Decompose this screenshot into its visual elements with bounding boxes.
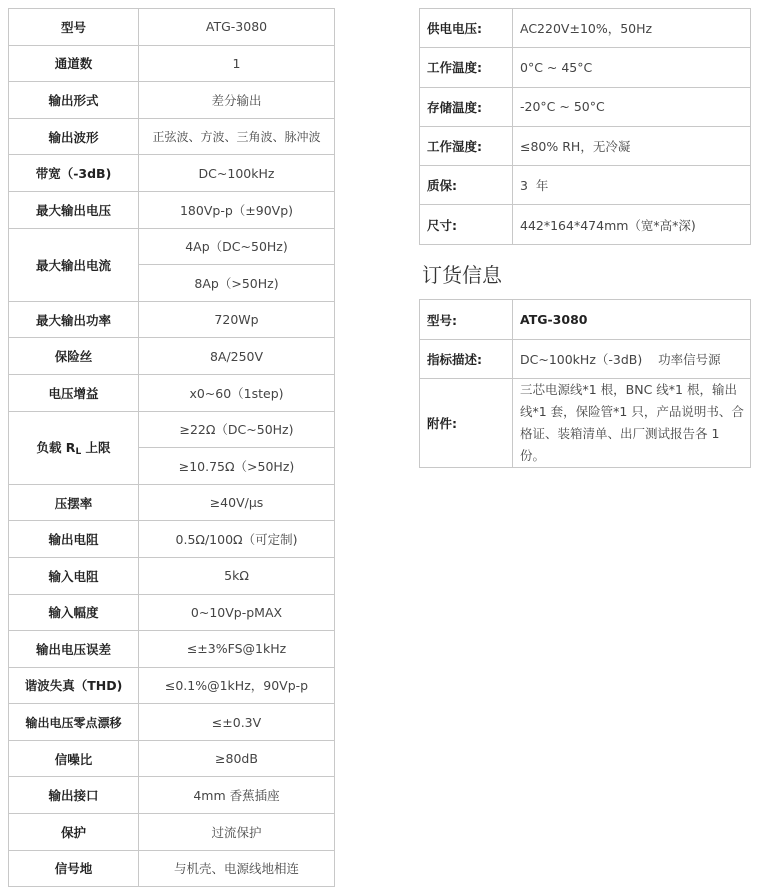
- spec-label: 最大输出电压: [9, 191, 139, 228]
- env-value: 3 年: [513, 166, 751, 205]
- spec-row-thd: 谐波失真（THD)≤0.1%@1kHz，90Vp-p: [9, 667, 335, 704]
- spec-value: ≤±0.3V: [139, 704, 335, 741]
- spec-row-zero-drift: 输出电压零点漂移≤±0.3V: [9, 704, 335, 741]
- spec-value: ≥40V/μs: [139, 484, 335, 521]
- spec-value: ≤±3%FS@1kHz: [139, 631, 335, 668]
- spec-value: 0.5Ω/100Ω（可定制): [139, 521, 335, 558]
- spec-label: 保护: [9, 814, 139, 851]
- spec-label: 型号: [9, 9, 139, 46]
- order-value: 三芯电源线*1 根，BNC 线*1 根，输出线*1 套，保险管*1 只，产品说明…: [513, 379, 751, 468]
- order-value: DC~100kHz（-3dB) 功率信号源: [513, 340, 751, 379]
- spec-label: 谐波失真（THD): [9, 667, 139, 704]
- env-row-storage-temp: 存储温度:-20°C ~ 50°C: [420, 87, 751, 126]
- order-label: 附件:: [420, 379, 513, 468]
- env-label: 工作湿度:: [420, 126, 513, 165]
- spec-value: 180Vp-p（±90Vp): [139, 191, 335, 228]
- spec-label: 最大输出电流: [9, 228, 139, 301]
- order-row-description: 指标描述:DC~100kHz（-3dB) 功率信号源: [420, 340, 751, 379]
- spec-row-output-type: 输出形式差分输出: [9, 82, 335, 119]
- env-row-operating-temp: 工作温度:0°C ~ 45°C: [420, 48, 751, 87]
- spec-row-slew-rate: 压摆率≥40V/μs: [9, 484, 335, 521]
- spec-value: DC~100kHz: [139, 155, 335, 192]
- spec-label: 输出电压零点漂移: [9, 704, 139, 741]
- spec-row-gain: 电压增益x0~60（1step): [9, 374, 335, 411]
- spec-value: 8Ap（>50Hz): [139, 265, 335, 302]
- spec-row-fuse: 保险丝8A/250V: [9, 338, 335, 375]
- spec-label: 保险丝: [9, 338, 139, 375]
- spec-row-max-voltage: 最大输出电压180Vp-p（±90Vp): [9, 191, 335, 228]
- spec-value: 4Ap（DC~50Hz): [139, 228, 335, 265]
- spec-row-signal-ground: 信号地与机壳、电源线地相连: [9, 850, 335, 887]
- spec-label: 信号地: [9, 850, 139, 887]
- spec-value: 4mm 香蕉插座: [139, 777, 335, 814]
- spec-row-output-connector: 输出接口4mm 香蕉插座: [9, 777, 335, 814]
- env-row-warranty: 质保:3 年: [420, 166, 751, 205]
- spec-label: 输出形式: [9, 82, 139, 119]
- spec-label: 通道数: [9, 45, 139, 82]
- env-value: 442*164*474mm（宽*高*深): [513, 205, 751, 244]
- spec-value: 0~10Vp-pMAX: [139, 594, 335, 631]
- env-row-humidity: 工作湿度:≤80% RH，无冷凝: [420, 126, 751, 165]
- spec-row-max-current: 最大输出电流4Ap（DC~50Hz): [9, 228, 335, 265]
- spec-row-output-resistance: 输出电阻0.5Ω/100Ω（可定制): [9, 521, 335, 558]
- spec-value: 1: [139, 45, 335, 82]
- spec-table: 型号ATG-3080 通道数1 输出形式差分输出 输出波形正弦波、方波、三角波、…: [8, 8, 335, 887]
- order-info-heading: 订货信息: [422, 259, 502, 288]
- spec-row-input-amplitude: 输入幅度0~10Vp-pMAX: [9, 594, 335, 631]
- spec-row-protection: 保护过流保护: [9, 814, 335, 851]
- spec-value: 差分输出: [139, 82, 335, 119]
- env-label: 存储温度:: [420, 87, 513, 126]
- spec-label: 最大输出功率: [9, 301, 139, 338]
- env-value: ≤80% RH，无冷凝: [513, 126, 751, 165]
- spec-row-max-power: 最大输出功率720Wp: [9, 301, 335, 338]
- env-row-power-supply: 供电电压:AC220V±10%，50Hz: [420, 9, 751, 48]
- env-label: 质保:: [420, 166, 513, 205]
- spec-row-load: 负载 RL 上限 ≥22Ω（DC~50Hz): [9, 411, 335, 448]
- spec-label: 输出电压误差: [9, 631, 139, 668]
- spec-label: 负载 RL 上限: [9, 411, 139, 484]
- spec-label: 输出电阻: [9, 521, 139, 558]
- spec-value: 8A/250V: [139, 338, 335, 375]
- spec-value: ≥80dB: [139, 740, 335, 777]
- spec-row-channels: 通道数1: [9, 45, 335, 82]
- env-value: -20°C ~ 50°C: [513, 87, 751, 126]
- env-label: 工作温度:: [420, 48, 513, 87]
- spec-row-voltage-error: 输出电压误差≤±3%FS@1kHz: [9, 631, 335, 668]
- environment-table: 供电电压:AC220V±10%，50Hz 工作温度:0°C ~ 45°C 存储温…: [419, 8, 751, 245]
- order-info-table: 型号:ATG-3080 指标描述:DC~100kHz（-3dB) 功率信号源 附…: [419, 299, 751, 468]
- spec-value: 过流保护: [139, 814, 335, 851]
- order-row-model: 型号:ATG-3080: [420, 300, 751, 340]
- env-label: 尺寸:: [420, 205, 513, 244]
- order-value: ATG-3080: [513, 300, 751, 340]
- spec-row-model: 型号ATG-3080: [9, 9, 335, 46]
- env-label: 供电电压:: [420, 9, 513, 48]
- spec-row-input-resistance: 输入电阻5kΩ: [9, 557, 335, 594]
- spec-row-waveform: 输出波形正弦波、方波、三角波、脉冲波: [9, 118, 335, 155]
- spec-label: 输入幅度: [9, 594, 139, 631]
- spec-label: 压摆率: [9, 484, 139, 521]
- label-text: 上限: [81, 440, 110, 455]
- spec-value: 正弦波、方波、三角波、脉冲波: [139, 118, 335, 155]
- spec-value: 与机壳、电源线地相连: [139, 850, 335, 887]
- spec-label: 输入电阻: [9, 557, 139, 594]
- spec-label: 电压增益: [9, 374, 139, 411]
- order-label: 型号:: [420, 300, 513, 340]
- order-row-accessories: 附件:三芯电源线*1 根，BNC 线*1 根，输出线*1 套，保险管*1 只，产…: [420, 379, 751, 468]
- order-label: 指标描述:: [420, 340, 513, 379]
- spec-value: x0~60（1step): [139, 374, 335, 411]
- spec-label: 带宽（-3dB): [9, 155, 139, 192]
- spec-row-bandwidth: 带宽（-3dB)DC~100kHz: [9, 155, 335, 192]
- spec-value: ATG-3080: [139, 9, 335, 46]
- spec-label: 输出波形: [9, 118, 139, 155]
- spec-value: ≤0.1%@1kHz，90Vp-p: [139, 667, 335, 704]
- env-value: AC220V±10%，50Hz: [513, 9, 751, 48]
- spec-value: ≥22Ω（DC~50Hz): [139, 411, 335, 448]
- spec-value: 5kΩ: [139, 557, 335, 594]
- spec-row-snr: 信噪比≥80dB: [9, 740, 335, 777]
- label-text: 负载 R: [36, 440, 75, 455]
- spec-label: 信噪比: [9, 740, 139, 777]
- spec-label: 输出接口: [9, 777, 139, 814]
- spec-value: ≥10.75Ω（>50Hz): [139, 448, 335, 485]
- spec-value: 720Wp: [139, 301, 335, 338]
- env-value: 0°C ~ 45°C: [513, 48, 751, 87]
- env-row-dimensions: 尺寸:442*164*474mm（宽*高*深): [420, 205, 751, 244]
